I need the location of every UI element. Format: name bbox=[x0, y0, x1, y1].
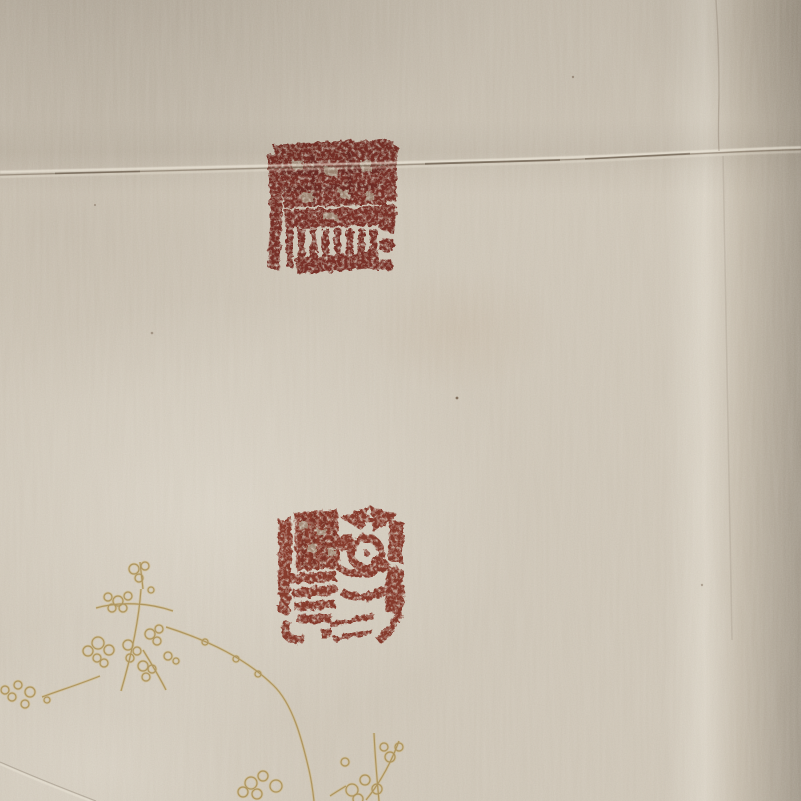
photo-aged-paper-with-seals bbox=[0, 0, 801, 801]
paper-grain-light bbox=[0, 0, 801, 801]
paper-detail-layer bbox=[0, 0, 801, 801]
